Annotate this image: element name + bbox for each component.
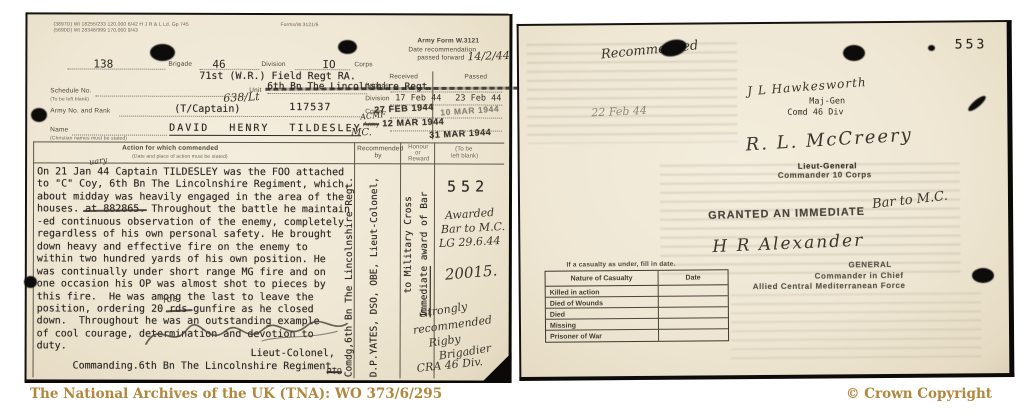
- casualty-col-nature: Nature of Casualty: [546, 271, 658, 286]
- blank-header-1: (To be: [455, 146, 472, 152]
- rp-brigade-label: Brigade: [365, 82, 389, 89]
- form-ref-small: Forms/W.3121/6: [280, 22, 318, 28]
- casualty-col-date: Date: [658, 270, 728, 285]
- awarded-note-1: Awarded: [445, 206, 495, 222]
- name-value: DAVID HENRY TILDESLEY: [169, 123, 361, 137]
- strongly-note-5: CRA 46 Div.: [416, 355, 483, 375]
- awarded-note-3: LG 29.6.44: [439, 234, 501, 250]
- right-page: 553 Recommended 22 Feb 44 J L Hawkeswort…: [517, 20, 1015, 381]
- ink-blot: [150, 44, 175, 61]
- ink-blot: [843, 45, 865, 61]
- caption-bar: The National Archives of the UK (TNA): W…: [0, 383, 1020, 416]
- sig2-rank-stamp: Lieut-General: [798, 161, 857, 170]
- casualty-row: Prisoner of War: [546, 329, 728, 341]
- signature-mccreery: R. L. McCreery: [745, 124, 913, 155]
- handwritten-insertion: uary: [89, 155, 108, 166]
- rp-division-label: Division: [365, 95, 389, 102]
- schedule-label: Schedule No.: [50, 87, 91, 94]
- signoff-rank: Lieut-Colonel,: [251, 348, 335, 359]
- file-number: 20015.: [444, 261, 498, 283]
- schedule-note: (To be left blank): [50, 96, 89, 102]
- recommended-by-header: Recommended by: [357, 145, 399, 159]
- date-forward-label1: Date recommendation: [408, 46, 476, 53]
- ink-blot: [31, 108, 47, 122]
- copyright-notice: © Crown Copyright: [846, 386, 992, 402]
- action-column-subheader: (Date and place of action must be stated…: [132, 154, 228, 160]
- honour-rest: award of Bar: [419, 192, 430, 266]
- schedule-serial-552: 552: [447, 177, 489, 195]
- rank-value: (T/Captain): [174, 104, 240, 115]
- printers-imprint-line2: (5690D) Wt 28346/999 170,000 9/43: [53, 27, 137, 33]
- sig1-rank: Maj-Gen: [809, 96, 845, 106]
- ink-blot: [24, 276, 37, 288]
- casualty-table: Nature of Casualty Date Killed in action…: [545, 269, 730, 342]
- clipped-corner: [478, 353, 512, 387]
- ink-blot: [338, 40, 357, 54]
- page-number: 553: [955, 37, 988, 52]
- name-label: Name: [50, 126, 68, 133]
- recommended-by-name-vertical: D.P.YATES, DSO, OBE, Lieut-Colonel,: [369, 171, 381, 377]
- name-mc-note: MC.: [351, 127, 372, 138]
- sig2-role-stamp: Commander 10 Corps: [778, 170, 872, 180]
- corps-label: Corps: [354, 61, 372, 68]
- received-label: Received: [389, 73, 418, 80]
- signoff-unit: Commanding.6th Bn The Lincolnshire Regim…: [73, 360, 338, 372]
- sig3-role2-stamp: Allied Central Mediterranean Force: [753, 281, 906, 291]
- brigade-label: Brigade: [168, 61, 192, 68]
- division-label: Division: [261, 61, 285, 68]
- honour-line2-vertical: to Military Cross: [403, 173, 414, 293]
- rp-army-label: Army: [363, 121, 379, 128]
- ink-blot: [972, 268, 994, 283]
- casualty-table-title: If a casualty as under, fill in date.: [566, 261, 675, 269]
- date-forward-label2: passed forward: [417, 54, 464, 61]
- blank-header-2: left blank): [451, 153, 478, 159]
- rp-army-received-stamp: 12 MAR 1944: [382, 116, 444, 128]
- army-no-label: Army No. and Rank: [50, 107, 110, 114]
- passed-label: Passed: [464, 74, 487, 81]
- left-page: (3897D) Wt 18255/233 120,000 6/42 H J R …: [25, 12, 513, 386]
- sig1-role: Comd 46 Div: [787, 107, 843, 117]
- sig3-rank-stamp: GENERAL: [848, 260, 891, 269]
- ink-blot: [928, 45, 935, 51]
- honour-header-3: Reward: [408, 156, 429, 162]
- rp-division-passed: 23 Feb 44: [455, 93, 501, 103]
- action-column-header: Action for which commended: [122, 145, 218, 152]
- rp-army-passed-stamp: 31 MAR 1944: [429, 127, 492, 140]
- rp-corps-passed-stamp: 10 MAR 1944: [440, 104, 500, 118]
- document-scan: (3897D) Wt 18255/233 120,000 6/42 H J R …: [0, 0, 1020, 416]
- date-forward-value: 14/2/44: [467, 49, 510, 63]
- army-number-value: 117537: [289, 102, 331, 113]
- sig3-role1-stamp: Commander in Chief: [815, 271, 904, 281]
- honour-line1-vertical: Immediate award of Bar: [419, 167, 430, 317]
- signature-hawkesworth: J L Hawkesworth: [747, 75, 867, 98]
- schedule-value: 638/Lt: [223, 90, 260, 105]
- date-note: 22 Feb 44: [591, 104, 647, 119]
- archive-reference: The National Archives of the UK (TNA): W…: [30, 386, 442, 402]
- pto-note: PTO: [327, 367, 342, 377]
- form-title: Army Form W.3121: [417, 37, 479, 44]
